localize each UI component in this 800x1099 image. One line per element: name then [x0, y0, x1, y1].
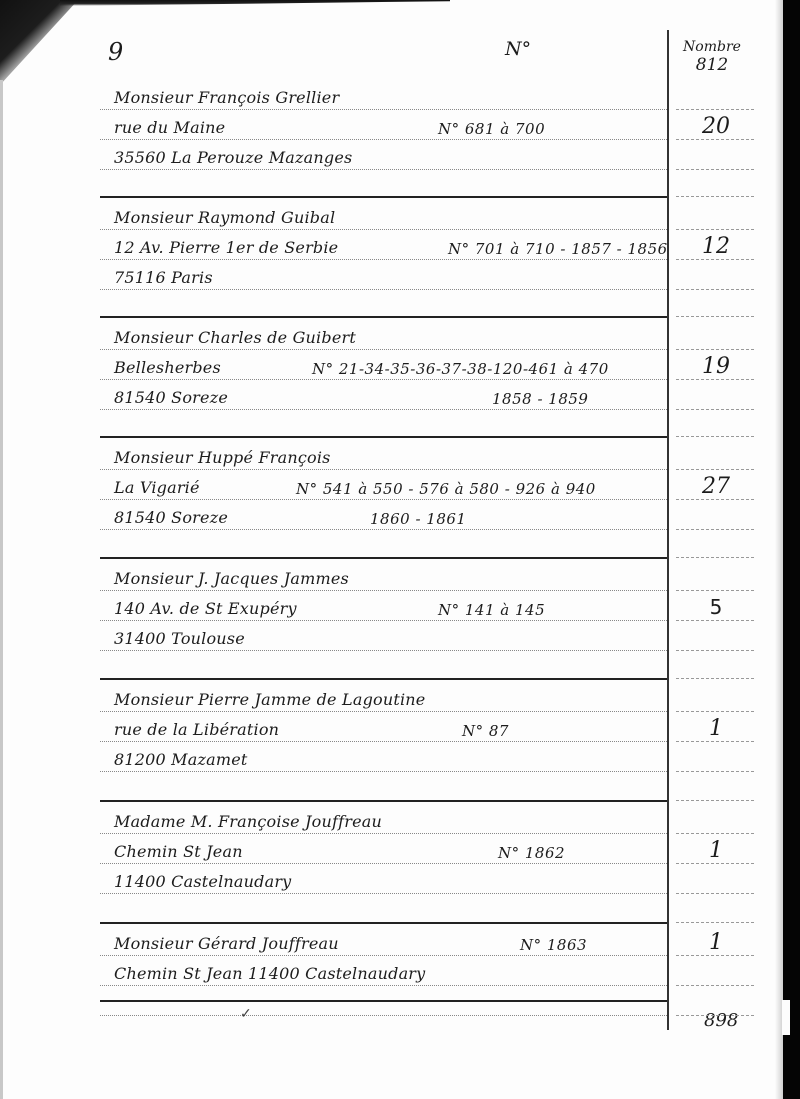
entry-count: 1	[672, 716, 760, 741]
entry-numbers: N° 1862	[498, 844, 565, 862]
ledger-entry: Monsieur Huppé FrançoisLa Vigarié81540 S…	[100, 436, 667, 556]
column-divider	[667, 30, 669, 1030]
entry-address: Bellesherbes	[114, 358, 221, 384]
entry-city: 81540 Soreze	[114, 508, 228, 534]
entry-separator	[100, 1000, 667, 1002]
column-header-count: Nombre 812	[672, 38, 752, 74]
entry-count: 27	[672, 474, 760, 499]
entry-name: Monsieur Pierre Jamme de Lagoutine	[114, 690, 425, 716]
entry-city: 31400 Toulouse	[114, 629, 245, 655]
entry-separator	[100, 436, 667, 438]
entry-count-cell: 1	[672, 922, 760, 1042]
entry-count-cell: 19	[672, 316, 760, 436]
entry-numbers: N° 141 à 145	[438, 601, 545, 619]
entry-name: Madame M. Françoise Jouffreau	[114, 812, 382, 838]
entry-city: 75116 Paris	[114, 268, 213, 294]
entry-count-cell: 1	[672, 800, 760, 920]
entry-name: Monsieur Raymond Guibal	[114, 208, 335, 234]
ruled-line	[676, 800, 754, 801]
entry-name: Monsieur J. Jacques Jammes	[114, 569, 349, 595]
entry-address: 140 Av. de St Exupéry	[114, 599, 297, 625]
entry-numbers: N° 541 à 550 - 576 à 580 - 926 à 940	[296, 480, 596, 498]
ruled-line	[676, 590, 754, 591]
ruled-line	[676, 499, 754, 500]
entry-address: Chemin St Jean	[114, 842, 243, 868]
entry-count-cell: 1	[672, 678, 760, 798]
ledger-entry: Monsieur J. Jacques Jammes140 Av. de St …	[100, 557, 667, 677]
entry-numbers: N° 1863	[520, 936, 587, 954]
ruled-line	[676, 741, 754, 742]
ruled-line	[676, 109, 754, 110]
ruled-line	[676, 620, 754, 621]
entry-numbers: N° 87	[462, 722, 509, 740]
ruled-line	[676, 893, 754, 894]
entry-numbers: N° 681 à 700	[438, 120, 545, 138]
entry-separator	[100, 678, 667, 680]
ruled-line	[676, 650, 754, 651]
ledger-entry: Madame M. Françoise JouffreauChemin St J…	[100, 800, 667, 920]
entry-city: 11400 Castelnaudary	[114, 872, 291, 898]
ruled-line	[676, 379, 754, 380]
entry-count: 12	[672, 234, 760, 259]
entry-count-cell: 5	[672, 557, 760, 677]
entry-years: 1858 - 1859	[492, 390, 588, 408]
ruled-line	[676, 955, 754, 956]
entry-address: La Vigarié	[114, 478, 200, 504]
entry-count-cell: 20	[672, 80, 760, 200]
page-corner-curl	[0, 0, 78, 85]
carried-total: 812	[672, 56, 752, 74]
ruled-line	[676, 833, 754, 834]
entry-address: 12 Av. Pierre 1er de Serbie	[114, 238, 338, 264]
ruled-line	[676, 985, 754, 986]
ruled-line	[676, 711, 754, 712]
ledger-entry: Monsieur Pierre Jamme de Lagoutinerue de…	[100, 678, 667, 798]
entry-separator	[100, 922, 667, 924]
ruled-line	[676, 349, 754, 350]
entry-numbers: N° 21-34-35-36-37-38-120-461 à 470	[312, 360, 609, 378]
check-mark: ✓	[240, 1006, 252, 1022]
scan-left-edge	[0, 80, 3, 1099]
ruled-line	[676, 259, 754, 260]
ruled-line	[676, 529, 754, 530]
ruled-line	[676, 409, 754, 410]
entry-name: Monsieur Gérard Jouffreau	[114, 934, 339, 960]
ruled-line	[676, 678, 754, 679]
entry-separator	[100, 196, 667, 198]
scan-top-shadow	[60, 0, 450, 6]
scan-right-gap	[782, 1000, 790, 1035]
entry-name: Monsieur Charles de Guibert	[114, 328, 356, 354]
entry-count: 5	[672, 595, 760, 619]
ruled-line	[676, 229, 754, 230]
ledger-entry: Monsieur Charles de GuibertBellesherbes8…	[100, 316, 667, 436]
column-header-number: N°	[505, 38, 531, 60]
ruled-line	[676, 289, 754, 290]
entry-count: 20	[672, 114, 760, 139]
entry-separator	[100, 316, 667, 318]
ledger-entry: Monsieur François Grellierrue du Maine35…	[100, 80, 667, 200]
ruled-line	[676, 436, 754, 437]
entry-count: 1	[672, 930, 760, 955]
entry-address: rue de la Libération	[114, 720, 279, 746]
ruled-line	[676, 1015, 754, 1016]
entry-years: 1860 - 1861	[370, 510, 466, 528]
ruled-line	[676, 169, 754, 170]
ruled-line	[676, 922, 754, 923]
entry-city: 35560 La Perouze Mazanges	[114, 148, 352, 174]
closing-separator	[100, 1000, 667, 1002]
ruled-line	[100, 1015, 667, 1016]
ruled-line	[676, 771, 754, 772]
entry-numbers: N° 701 à 710 - 1857 - 1856	[448, 240, 668, 258]
entry-name: Monsieur François Grellier	[114, 88, 339, 114]
entry-name: Monsieur Huppé François	[114, 448, 331, 474]
ledger-entry: Monsieur Raymond Guibal12 Av. Pierre 1er…	[100, 196, 667, 316]
ledger-entry: Monsieur Gérard JouffreauChemin St Jean …	[100, 922, 667, 1042]
ruled-line	[676, 139, 754, 140]
entry-separator	[100, 800, 667, 802]
entry-city: 81200 Mazamet	[114, 750, 248, 776]
entry-count-cell: 12	[672, 196, 760, 316]
ruled-line	[676, 557, 754, 558]
ruled-line	[676, 316, 754, 317]
entry-address: Chemin St Jean 11400 Castelnaudary	[114, 964, 425, 990]
ruled-line	[676, 469, 754, 470]
scan-right-shadow	[783, 0, 800, 1099]
entry-count-cell: 27	[672, 436, 760, 556]
entry-count: 19	[672, 354, 760, 379]
entry-city: 81540 Soreze	[114, 388, 228, 414]
column-header-count-label: Nombre	[683, 39, 741, 55]
ruled-line	[676, 863, 754, 864]
entry-count: 1	[672, 838, 760, 863]
entry-address: rue du Maine	[114, 118, 225, 144]
page-number: 9	[108, 38, 123, 66]
scan-right-fade	[775, 0, 783, 1099]
entry-separator	[100, 557, 667, 559]
ruled-line	[676, 196, 754, 197]
